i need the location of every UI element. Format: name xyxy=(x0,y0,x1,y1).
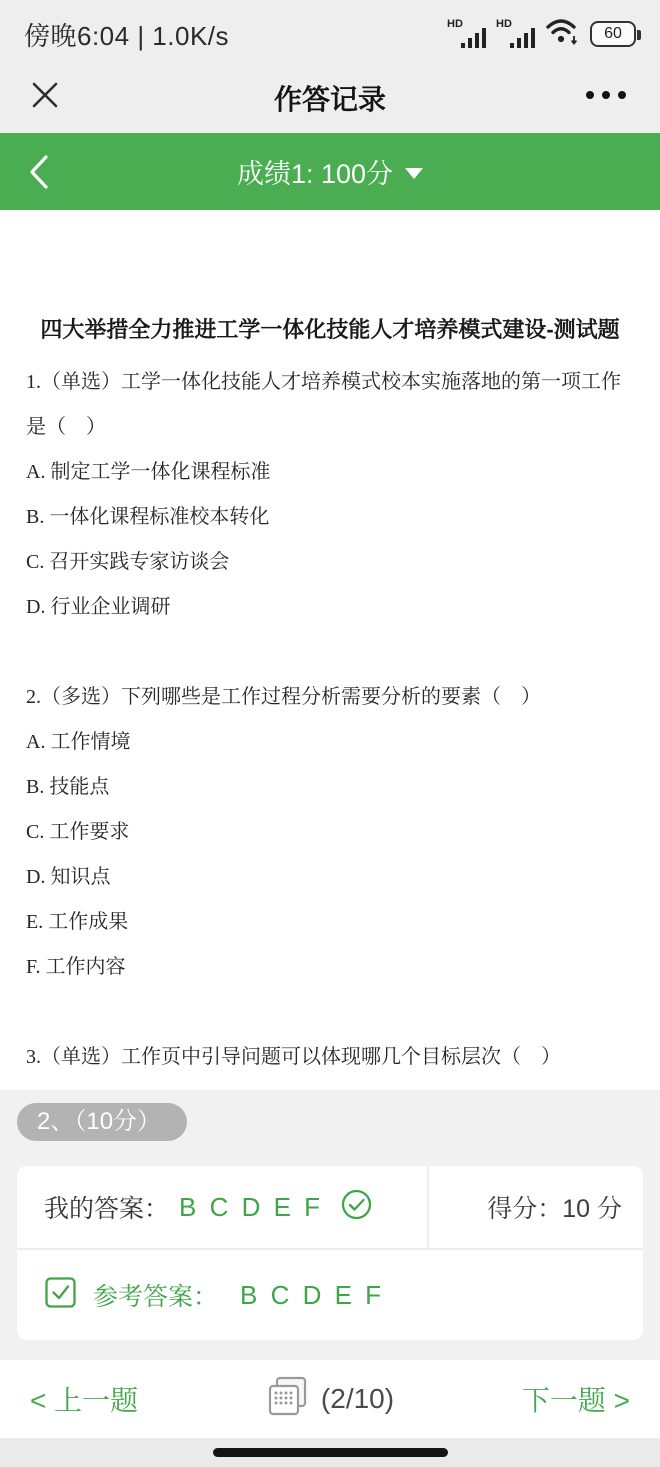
question-2-option-a: A. 工作情境 xyxy=(26,720,634,765)
question-2-option-d: D. 知识点 xyxy=(26,855,634,900)
more-button[interactable] xyxy=(576,80,636,110)
answer-score-row: 我的答案： B C D E F 得分： 10 分 xyxy=(17,1166,643,1250)
spacer xyxy=(26,630,634,675)
score-cell: 得分： 10 分 xyxy=(427,1166,643,1248)
question-2-option-e: E. 工作成果 xyxy=(26,900,634,945)
result-panel: 2、（10分） 我的答案： B C D E F 得分： 10 分 xyxy=(0,1090,660,1360)
more-icon xyxy=(586,91,594,99)
my-answer-value: B C D E F xyxy=(179,1192,323,1223)
reference-answer-row: 参考答案： B C D E F xyxy=(17,1250,643,1340)
cell-signal-icon-2: HD xyxy=(496,18,536,50)
question-2-option-c: C. 工作要求 xyxy=(26,810,634,855)
wifi-icon xyxy=(545,16,581,53)
next-question-button[interactable]: 下一题 > xyxy=(522,1379,630,1419)
chevron-left-icon xyxy=(26,153,52,191)
home-indicator-area xyxy=(0,1438,660,1467)
score-label: 成绩1: 100分 xyxy=(237,152,393,191)
question-1-option-b: B. 一体化课程标准校本转化 xyxy=(26,495,634,540)
question-1-option-a: A. 制定工学一体化课程标准 xyxy=(26,450,634,495)
question-1-option-d: D. 行业企业调研 xyxy=(26,585,634,630)
status-bar: 傍晚6:04 | 1.0K/s HD HD xyxy=(0,0,660,62)
page-title: 作答记录 xyxy=(274,78,386,118)
test-title: 四大举措全力推进工学一体化技能人才培养模式建设-测试题 xyxy=(26,314,634,346)
question-3-text: 3.（单选）工作页中引导问题可以体现哪几个目标层次（ ） xyxy=(26,1035,634,1080)
status-icons: HD HD xyxy=(447,10,636,53)
nav-bar: 作答记录 xyxy=(0,62,660,133)
page-indicator: (2/10) xyxy=(321,1383,394,1415)
score-header: 成绩1: 100分 xyxy=(0,133,660,210)
my-answer-cell: 我的答案： B C D E F xyxy=(17,1166,427,1248)
reference-answer-label: 参考答案： xyxy=(93,1277,218,1313)
correct-check-circle-icon xyxy=(341,1189,372,1225)
checkbox-checked-icon xyxy=(44,1276,77,1314)
question-number-badge: 2、（10分） xyxy=(17,1103,187,1141)
status-time-network: 傍晚6:04 | 1.0K/s xyxy=(24,10,229,53)
document-view[interactable]: 四大举措全力推进工学一体化技能人才培养模式建设-测试题 1.（单选）工学一体化技… xyxy=(0,210,660,1090)
battery-icon: 60 xyxy=(590,21,636,47)
question-1-option-c: C. 召开实践专家访谈会 xyxy=(26,540,634,585)
reference-answer-value: B C D E F xyxy=(240,1280,384,1311)
question-2-text: 2.（多选）下列哪些是工作过程分析需要分析的要素（ ） xyxy=(26,675,634,720)
prev-question-button[interactable]: < 上一题 xyxy=(30,1379,138,1419)
battery-level: 60 xyxy=(604,25,622,43)
back-button[interactable] xyxy=(26,153,54,191)
spacer xyxy=(26,990,634,1035)
answer-sheet-icon xyxy=(266,1375,309,1423)
bottom-nav: < 上一题 (2/10) 下一题 > xyxy=(0,1360,660,1438)
score-label: 得分： xyxy=(487,1189,562,1225)
question-2-option-f: F. 工作内容 xyxy=(26,945,634,990)
home-indicator[interactable] xyxy=(213,1448,448,1457)
my-answer-label: 我的答案： xyxy=(44,1189,169,1225)
score-dropdown[interactable]: 成绩1: 100分 xyxy=(237,152,423,191)
close-button[interactable] xyxy=(28,78,62,112)
caret-down-icon xyxy=(405,168,423,179)
question-pager[interactable]: (2/10) xyxy=(266,1375,394,1423)
score-value: 10 分 xyxy=(562,1189,622,1225)
answer-card: 我的答案： B C D E F 得分： 10 分 xyxy=(17,1166,643,1340)
question-2-option-b: B. 技能点 xyxy=(26,765,634,810)
question-1-text: 1.（单选）工学一体化技能人才培养模式校本实施落地的第一项工作是（ ） xyxy=(26,360,634,450)
cell-signal-icon: HD xyxy=(447,18,487,50)
close-icon xyxy=(30,80,60,110)
app-screen: 傍晚6:04 | 1.0K/s HD HD xyxy=(0,0,660,1467)
